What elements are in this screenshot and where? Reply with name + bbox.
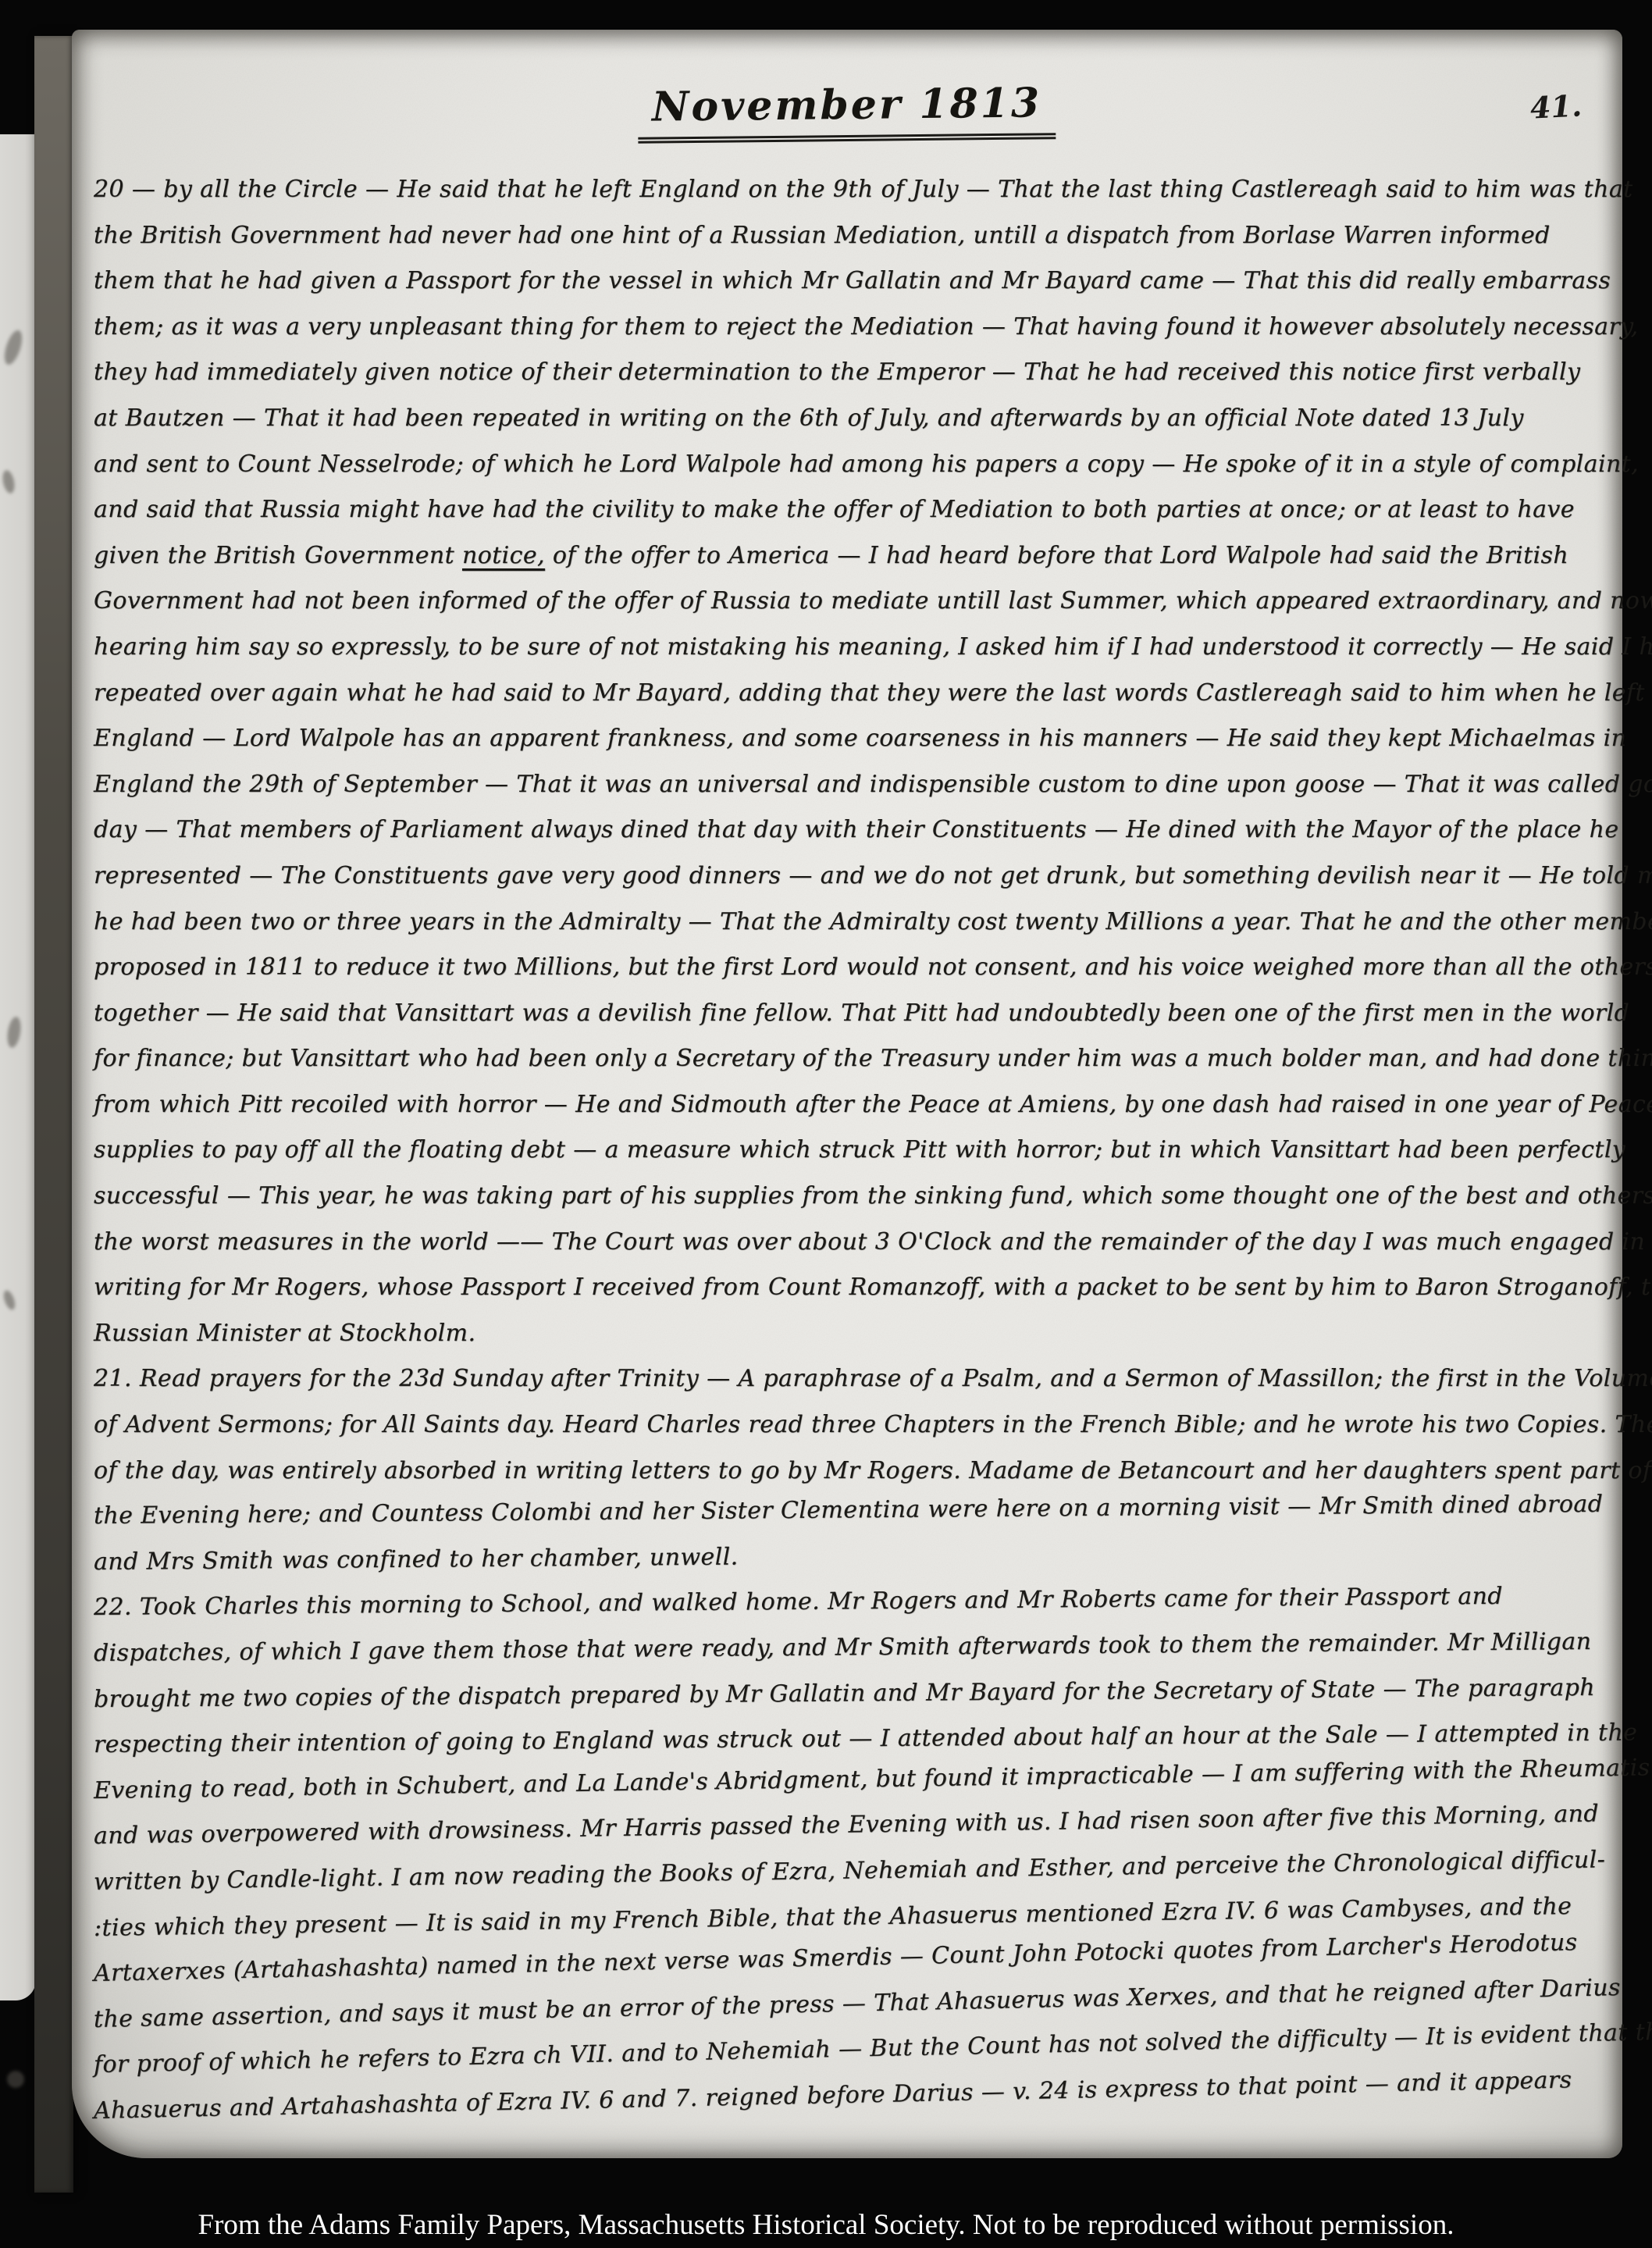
- manuscript-line: they had immediately given notice of the…: [94, 350, 1604, 396]
- title-row: November 1813: [72, 81, 1622, 141]
- binding-gutter: [34, 36, 73, 2193]
- manuscript-line: the British Government had never had one…: [94, 213, 1604, 259]
- manuscript-line: England the 29th of September — That it …: [94, 762, 1604, 808]
- manuscript-line: them; as it was a very unpleasant thing …: [94, 305, 1604, 351]
- manuscript-line: from which Pitt recoiled with horror — H…: [94, 1082, 1604, 1128]
- manuscript-line: for finance; but Vansittart who had been…: [94, 1036, 1604, 1082]
- manuscript-line: given the British Government notice, of …: [94, 533, 1604, 579]
- manuscript-line: and said that Russia might have had the …: [94, 487, 1604, 533]
- manuscript-line: 21. Read prayers for the 23d Sunday afte…: [94, 1356, 1604, 1402]
- manuscript-line: 20 — by all the Circle — He said that he…: [94, 167, 1604, 213]
- manuscript-line: together — He said that Vansittart was a…: [94, 991, 1604, 1037]
- manuscript-line: them that he had given a Passport for th…: [94, 258, 1604, 305]
- manuscript-line: hearing him say so expressly, to be sure…: [94, 625, 1604, 671]
- manuscript-line: at Bautzen — That it had been repeated i…: [94, 396, 1604, 442]
- manuscript-line: supplies to pay off all the floating deb…: [94, 1128, 1604, 1174]
- archive-caption: From the Adams Family Papers, Massachuse…: [0, 2208, 1652, 2242]
- manuscript-line: England — Lord Walpole has an apparent f…: [94, 716, 1604, 762]
- manuscript-line: represented — The Constituents gave very…: [94, 853, 1604, 900]
- manuscript-line: the worst measures in the world —— The C…: [94, 1220, 1604, 1266]
- manuscript-line: of Advent Sermons; for All Saints day. H…: [94, 1402, 1604, 1448]
- manuscript-line: and sent to Count Nesselrode; of which h…: [94, 442, 1604, 488]
- bleedthrough-mark: [1, 328, 25, 366]
- bleedthrough-mark: [1, 469, 16, 494]
- underlined-word: notice,: [462, 542, 545, 569]
- page-title: November 1813: [638, 79, 1056, 144]
- manuscript-line: successful — This year, he was taking pa…: [94, 1174, 1604, 1220]
- manuscript-text: 20 — by all the Circle — He said that he…: [94, 167, 1604, 2135]
- bleedthrough-mark: [7, 2071, 24, 2088]
- manuscript-line: Russian Minister at Stockholm.: [94, 1311, 1604, 1357]
- manuscript-line: he had been two or three years in the Ad…: [94, 900, 1604, 946]
- facing-page-sliver: [0, 134, 36, 2000]
- manuscript-page: 41. November 1813 20 — by all the Circle…: [72, 30, 1622, 2158]
- manuscript-line: repeated over again what he had said to …: [94, 671, 1604, 717]
- bleedthrough-mark: [5, 1016, 23, 1049]
- bleedthrough-mark: [2, 1289, 17, 1312]
- manuscript-line: writing for Mr Rogers, whose Passport I …: [94, 1265, 1604, 1311]
- manuscript-line: Government had not been informed of the …: [94, 579, 1604, 625]
- manuscript-line: proposed in 1811 to reduce it two Millio…: [94, 945, 1604, 991]
- manuscript-line: day — That members of Parliament always …: [94, 807, 1604, 853]
